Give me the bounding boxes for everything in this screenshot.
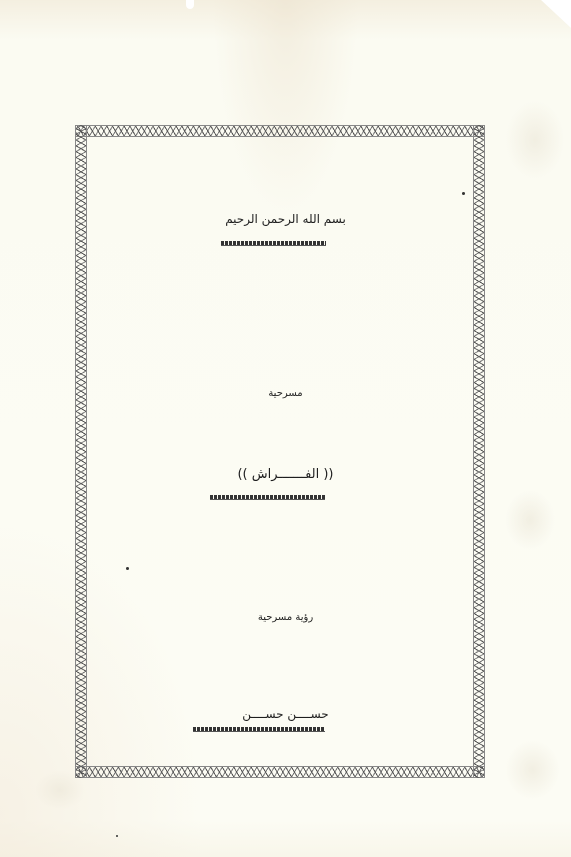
basmala-underline [221,241,326,246]
paper-tear [186,0,194,9]
author-name: حســــن حســــن [0,707,571,721]
torn-corner [541,0,571,28]
play-label-text: مسرحية [268,388,302,399]
play-title-text: (( الفـــــــراش )) [237,467,333,482]
author-underline [193,727,325,732]
border-top [75,125,485,137]
title-underline [210,495,325,500]
paper-stain [505,490,555,550]
basmala-heading: بسم الله الرحمن الرحيم [0,212,571,226]
vision-label: رؤية مسرحية [0,612,571,623]
border-bottom [75,766,485,778]
ink-speck [116,835,118,837]
paper-stain [505,740,560,800]
basmala-text: بسم الله الرحمن الرحيم [225,212,346,226]
play-label: مسرحية [0,388,571,399]
play-title: (( الفـــــــراش )) [0,467,571,482]
author-name-text: حســــن حســــن [242,707,328,721]
vision-label-text: رؤية مسرحية [258,612,313,623]
paper-stain [505,100,565,180]
